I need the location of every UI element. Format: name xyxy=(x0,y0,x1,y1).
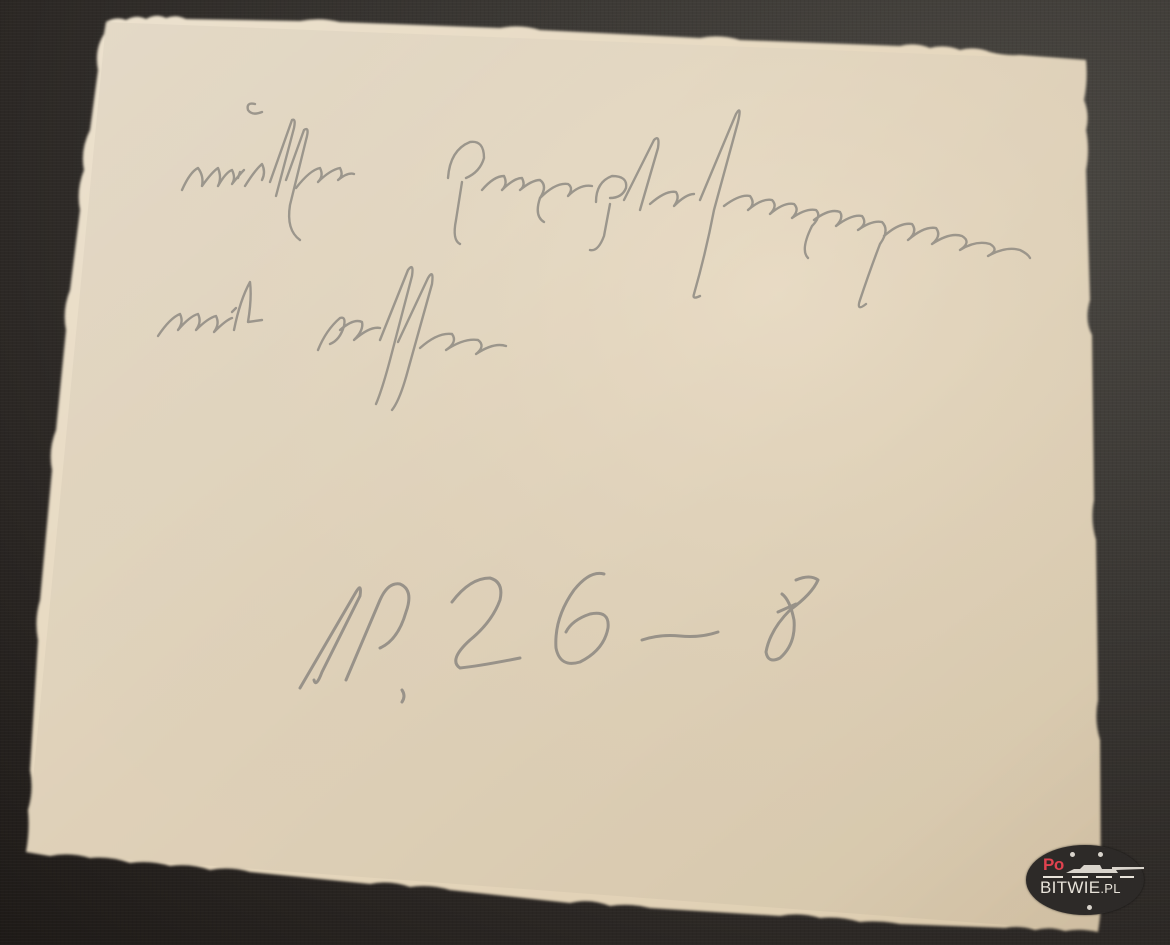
inscription-number: N. 26-8 xyxy=(21,0,25,1)
watermark-dot-bottom xyxy=(1087,905,1092,910)
photo-reverse-side xyxy=(0,0,1170,945)
watermark-name-text: BITWIE xyxy=(1040,878,1100,897)
watermark-prefix: Po xyxy=(1043,856,1064,873)
watermark-name: BITWIE.PL xyxy=(1040,879,1121,896)
watermark-underline-4 xyxy=(1120,876,1134,878)
watermark-dot-top-right xyxy=(1098,852,1103,857)
inscription-line-2: mit Waffen xyxy=(15,0,20,1)
pobitwie-watermark-badge: Po BITWIE.PL xyxy=(1026,845,1144,915)
tank-silhouette-icon xyxy=(1066,859,1146,875)
inscription-line-1: deutscher Panzer Späwagen xyxy=(0,0,14,1)
watermark-dot-top-left xyxy=(1070,852,1075,857)
watermark-suffix: .PL xyxy=(1100,881,1120,896)
